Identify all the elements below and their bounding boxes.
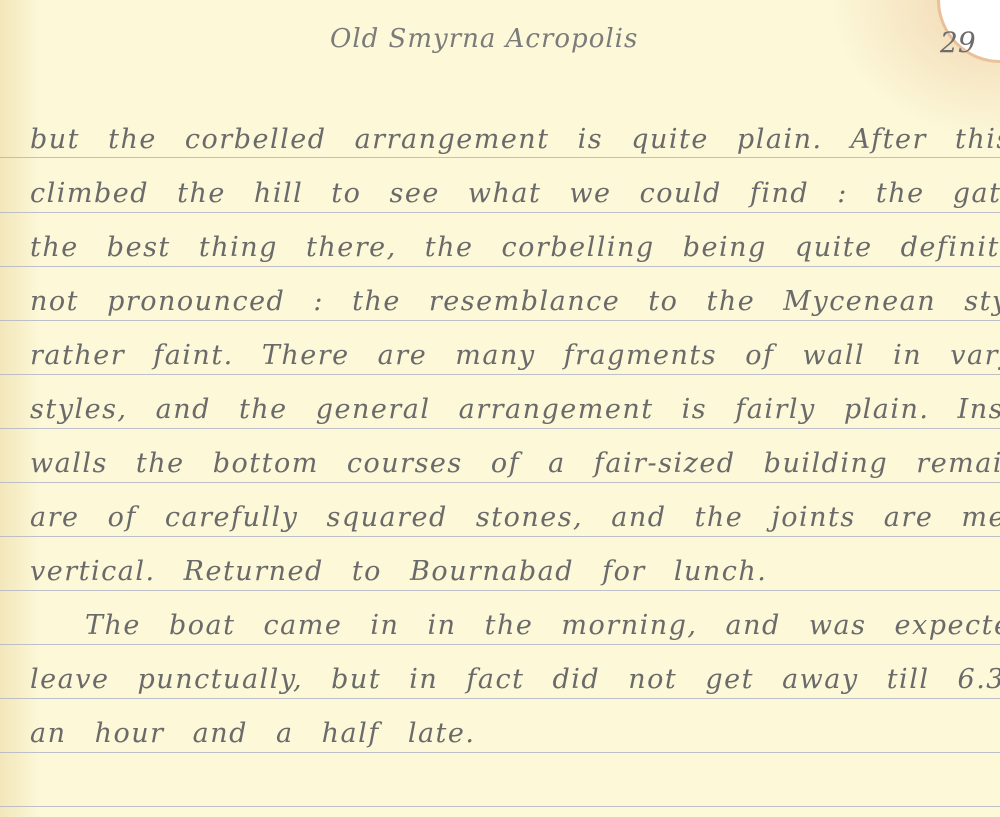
text-line: but the corbelled arrangement is quite p… xyxy=(30,112,980,168)
text-line: the best thing there, the corbelling bei… xyxy=(30,220,980,276)
text-line: leave punctually, but in fact did not ge… xyxy=(30,652,980,708)
text-line: rather faint. There are many fragments o… xyxy=(30,328,980,384)
text-line: styles, and the general arrangement is f… xyxy=(30,382,980,438)
text-line: vertical. Returned to Bournabad for lunc… xyxy=(30,544,980,600)
notebook-page: Old Smyrna Acropolis 29 but the corbelle… xyxy=(0,0,1000,817)
text-line: not pronounced : the resemblance to the … xyxy=(30,274,980,330)
text-line: walls the bottom courses of a fair-sized… xyxy=(30,436,980,492)
text-line: an hour and a half late. xyxy=(30,706,980,762)
page-number: 29 xyxy=(940,26,976,59)
ruled-line xyxy=(0,806,1000,807)
page-heading: Old Smyrna Acropolis xyxy=(330,24,650,54)
text-line: are of carefully squared stones, and the… xyxy=(30,490,980,546)
text-line: climbed the hill to see what we could fi… xyxy=(30,166,980,222)
text-line-paragraph-start: The boat came in in the morning, and was… xyxy=(85,598,980,654)
